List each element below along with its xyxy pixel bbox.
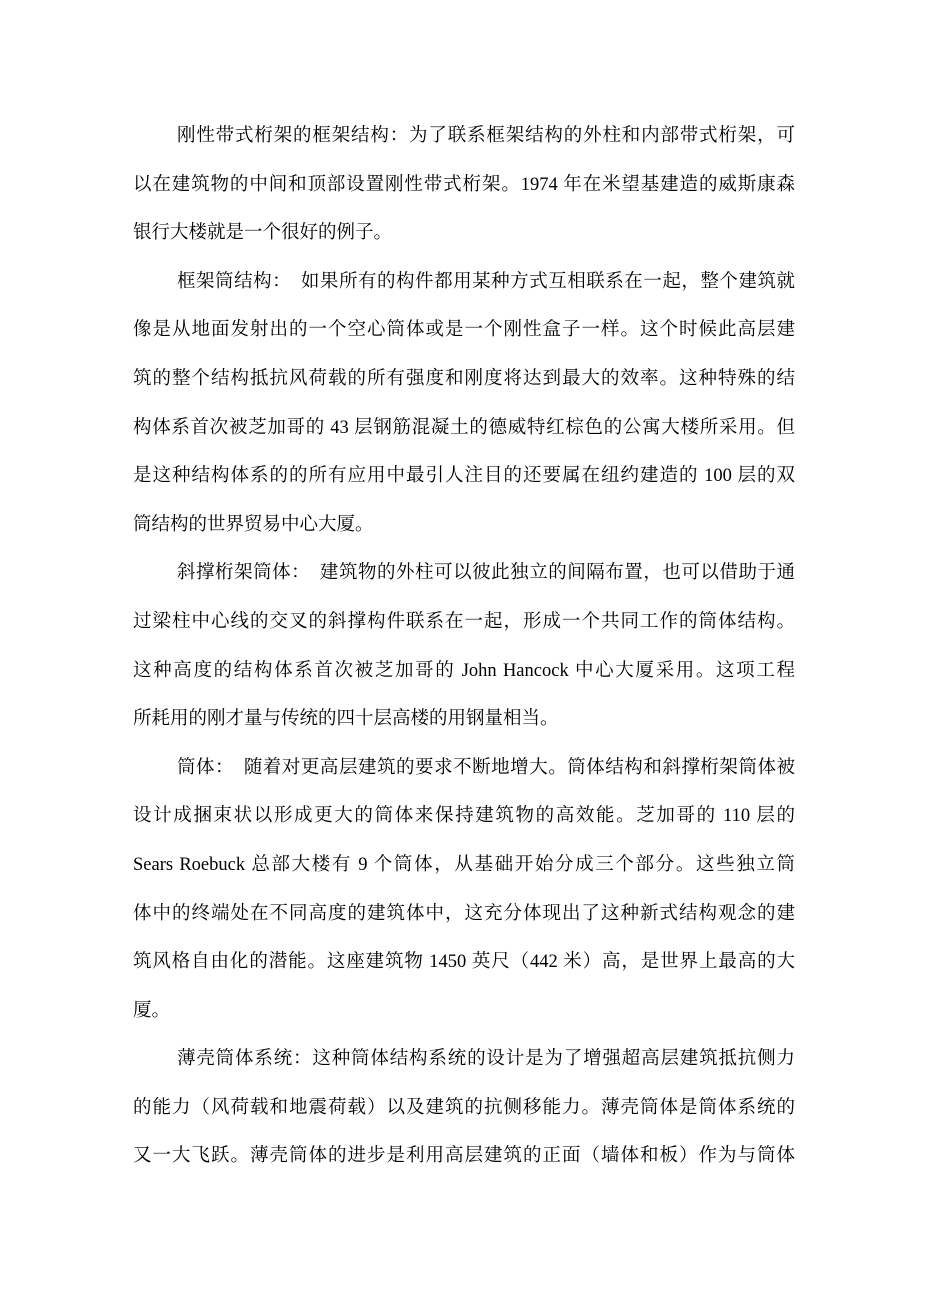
- document-page: 刚性带式桁架的框架结构：为了联系框架结构的外柱和内部带式桁架，可以在建筑物的中间…: [0, 0, 925, 1309]
- paragraph-braced-truss-tube: 斜撑桁架筒体： 建筑物的外柱可以彼此独立的间隔布置，也可以借助于通过梁柱中心线的…: [133, 549, 795, 743]
- text-line: 所耗用的刚才量与传统的四十层高楼的用钢量相当。: [133, 695, 795, 744]
- text-line: 构体系首次被芝加哥的 43 层钢筋混凝土的德威特红棕色的公寓大楼所采用。但: [133, 404, 795, 453]
- text-line: 以在建筑物的中间和顶部设置刚性带式桁架。1974 年在米望基建造的威斯康森: [133, 161, 795, 210]
- text-line: Sears Roebuck 总部大楼有 9 个筒体，从基础开始分成三个部分。这些…: [133, 841, 795, 890]
- text-line: 过梁柱中心线的交叉的斜撑构件联系在一起，形成一个共同工作的筒体结构。: [133, 598, 795, 647]
- text-line: 又一大飞跃。薄壳筒体的进步是利用高层建筑的正面（墙体和板）作为与筒体: [133, 1132, 795, 1181]
- text-line: 厦。: [133, 987, 795, 1036]
- text-line: 银行大楼就是一个很好的例子。: [133, 209, 795, 258]
- text-line: 筒体： 随着对更高层建筑的要求不断地增大。筒体结构和斜撑桁架筒体被: [133, 744, 795, 793]
- paragraph-thin-shell-tube-system: 薄壳筒体系统：这种筒体结构系统的设计是为了增强超高层建筑抵抗侧力的能力（风荷载和…: [133, 1035, 795, 1181]
- text-line: 像是从地面发射出的一个空心筒体或是一个刚性盒子一样。这个时候此高层建: [133, 306, 795, 355]
- text-line: 薄壳筒体系统：这种筒体结构系统的设计是为了增强超高层建筑抵抗侧力: [133, 1035, 795, 1084]
- paragraph-rigid-belt-truss-frame-structure: 刚性带式桁架的框架结构：为了联系框架结构的外柱和内部带式桁架，可以在建筑物的中间…: [133, 112, 795, 258]
- text-line: 筑的整个结构抵抗风荷载的所有强度和刚度将达到最大的效率。这种特殊的结: [133, 355, 795, 404]
- text-line: 这种高度的结构体系首次被芝加哥的 John Hancock 中心大厦采用。这项工…: [133, 647, 795, 696]
- text-line: 筒结构的世界贸易中心大厦。: [133, 501, 795, 550]
- paragraph-framed-tube-structure: 框架筒结构： 如果所有的构件都用某种方式互相联系在一起，整个建筑就像是从地面发射…: [133, 258, 795, 550]
- text-line: 设计成捆束状以形成更大的筒体来保持建筑物的高效能。芝加哥的 110 层的: [133, 792, 795, 841]
- text-line: 是这种结构体系的的所有应用中最引人注目的还要属在纽约建造的 100 层的双: [133, 452, 795, 501]
- text-line: 刚性带式桁架的框架结构：为了联系框架结构的外柱和内部带式桁架，可: [133, 112, 795, 161]
- text-line: 体中的终端处在不同高度的建筑体中，这充分体现出了这种新式结构观念的建: [133, 890, 795, 939]
- text-line: 的能力（风荷载和地震荷载）以及建筑的抗侧移能力。薄壳筒体是筒体系统的: [133, 1084, 795, 1133]
- document-body: 刚性带式桁架的框架结构：为了联系框架结构的外柱和内部带式桁架，可以在建筑物的中间…: [133, 112, 795, 1181]
- text-line: 斜撑桁架筒体： 建筑物的外柱可以彼此独立的间隔布置，也可以借助于通: [133, 549, 795, 598]
- text-line: 筑风格自由化的潜能。这座建筑物 1450 英尺（442 米）高，是世界上最高的大: [133, 938, 795, 987]
- text-line: 框架筒结构： 如果所有的构件都用某种方式互相联系在一起，整个建筑就: [133, 258, 795, 307]
- paragraph-bundled-tube: 筒体： 随着对更高层建筑的要求不断地增大。筒体结构和斜撑桁架筒体被设计成捆束状以…: [133, 744, 795, 1036]
